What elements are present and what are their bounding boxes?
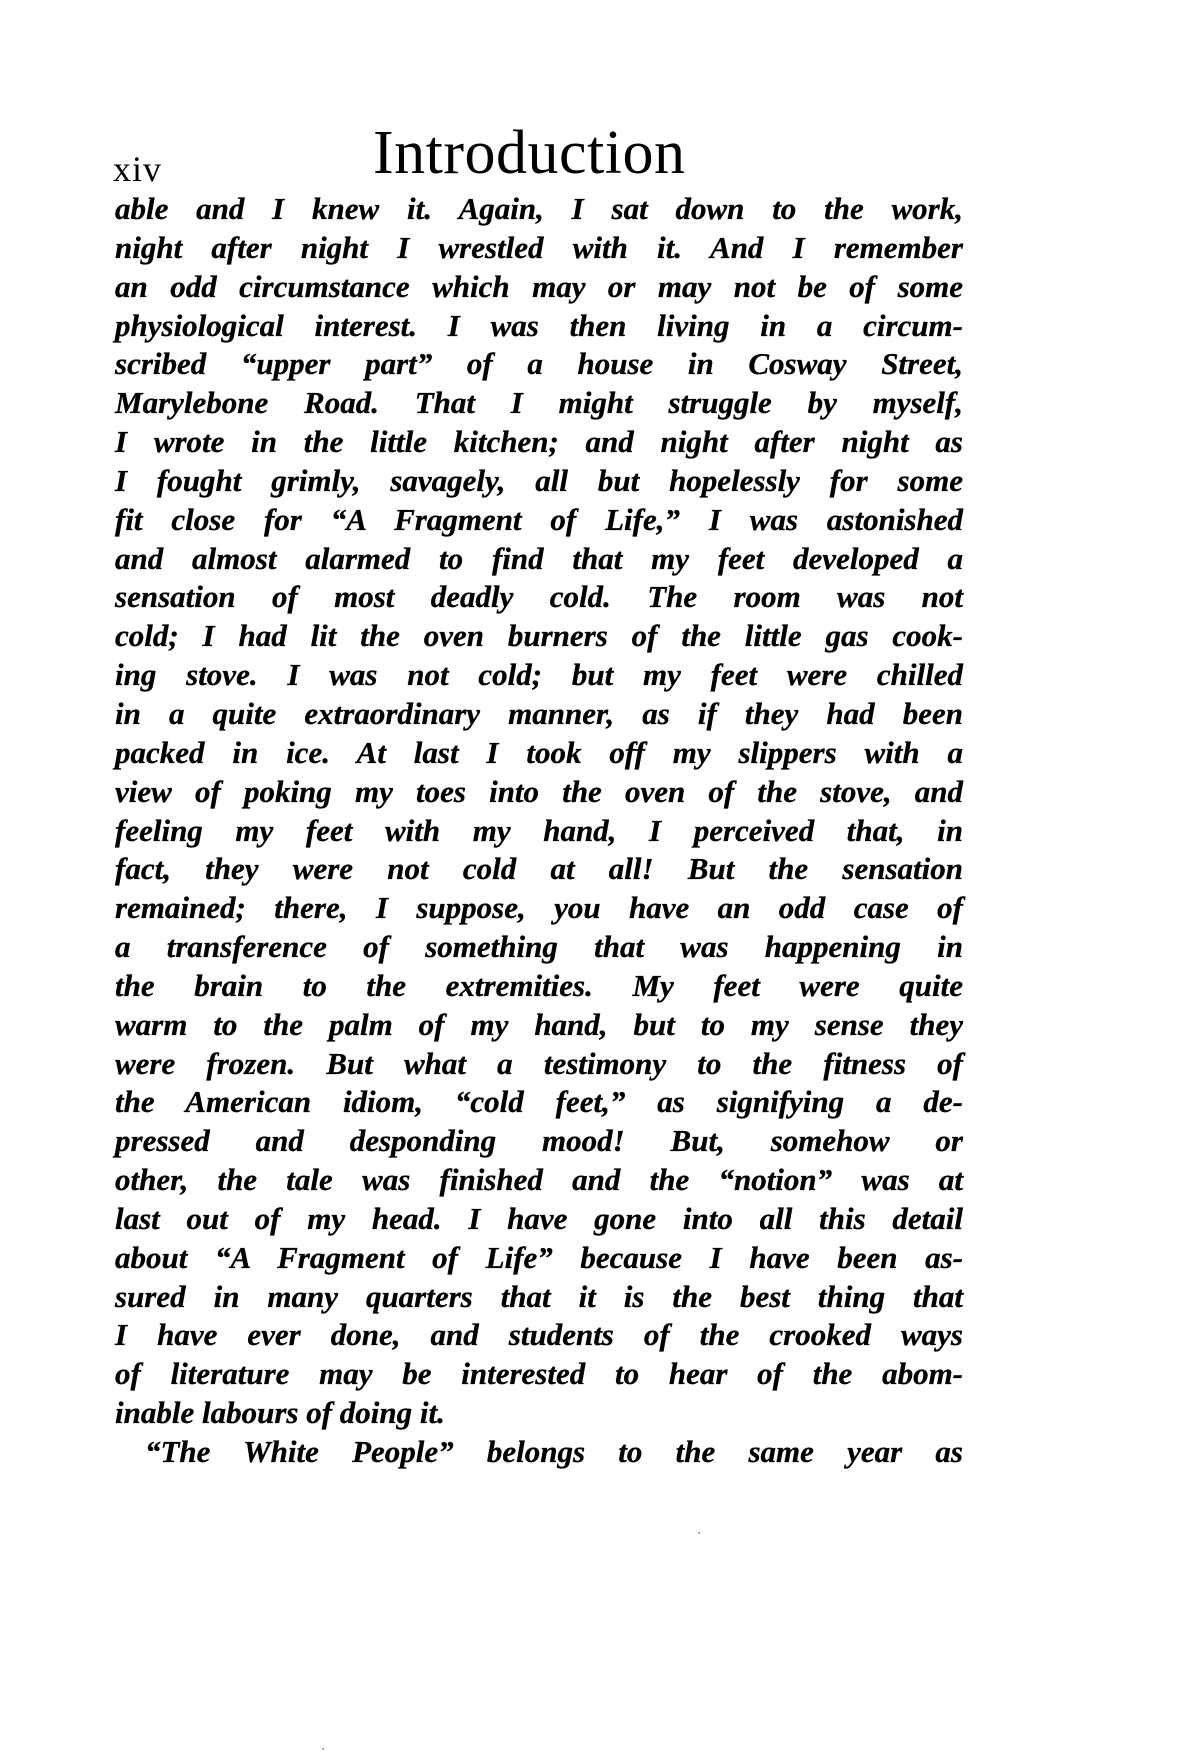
book-page: xiv Introduction able and I knew it. Aga… (0, 0, 1200, 1764)
page-title: Introduction (373, 118, 686, 189)
text-line: I fought grimly, savagely, all but hopel… (115, 462, 963, 501)
text-line: a transference of something that was hap… (115, 928, 963, 967)
text-line: of literature may be interested to hear … (115, 1355, 963, 1394)
text-line: warm to the palm of my hand, but to my s… (115, 1006, 963, 1045)
text-line: an odd circumstance which may or may not… (115, 268, 963, 307)
text-line-paragraph-start: “The White People” belongs to the same y… (115, 1433, 963, 1472)
text-line: cold; I had lit the oven burners of the … (115, 617, 963, 656)
text-line: ing stove. I was not cold; but my feet w… (115, 656, 963, 695)
text-line: physiological interest. I was then livin… (115, 307, 963, 346)
text-line: Marylebone Road. That I might struggle b… (115, 384, 963, 423)
text-line: fact, they were not cold at all! But the… (115, 850, 963, 889)
text-line: I wrote in the little kitchen; and night… (115, 423, 963, 462)
text-line: and almost alarmed to find that my feet … (115, 540, 963, 579)
text-line: remained; there, I suppose, you have an … (115, 889, 963, 928)
page-number: xiv (113, 148, 162, 190)
text-line: sensation of most deadly cold. The room … (115, 578, 963, 617)
text-line: sured in many quarters that it is the be… (115, 1278, 963, 1317)
text-line: I have ever done, and students of the cr… (115, 1316, 963, 1355)
text-line: the American idiom, “cold feet,” as sign… (115, 1083, 963, 1122)
scan-speck (698, 1532, 700, 1534)
running-head: xiv Introduction (113, 118, 973, 198)
text-line: able and I knew it. Again, I sat down to… (115, 190, 963, 229)
text-line: fit close for “A Fragment of Life,” I wa… (115, 501, 963, 540)
text-line: scribed “upper part” of a house in Coswa… (115, 345, 963, 384)
scan-speck (322, 1748, 324, 1750)
text-line-paragraph-end: inable labours of doing it. (115, 1394, 963, 1433)
text-line: other, the tale was finished and the “no… (115, 1161, 963, 1200)
text-line: last out of my head. I have gone into al… (115, 1200, 963, 1239)
text-line: view of poking my toes into the oven of … (115, 773, 963, 812)
text-line: pressed and desponding mood! But, someho… (115, 1122, 963, 1161)
text-line: about “A Fragment of Life” because I hav… (115, 1239, 963, 1278)
body-text: able and I knew it. Again, I sat down to… (115, 190, 963, 1472)
text-line: feeling my feet with my hand, I perceive… (115, 812, 963, 851)
text-line: in a quite extraordinary manner, as if t… (115, 695, 963, 734)
text-line: the brain to the extremities. My feet we… (115, 967, 963, 1006)
text-line: night after night I wrestled with it. An… (115, 229, 963, 268)
text-line: were frozen. But what a testimony to the… (115, 1045, 963, 1084)
text-line: packed in ice. At last I took off my sli… (115, 734, 963, 773)
